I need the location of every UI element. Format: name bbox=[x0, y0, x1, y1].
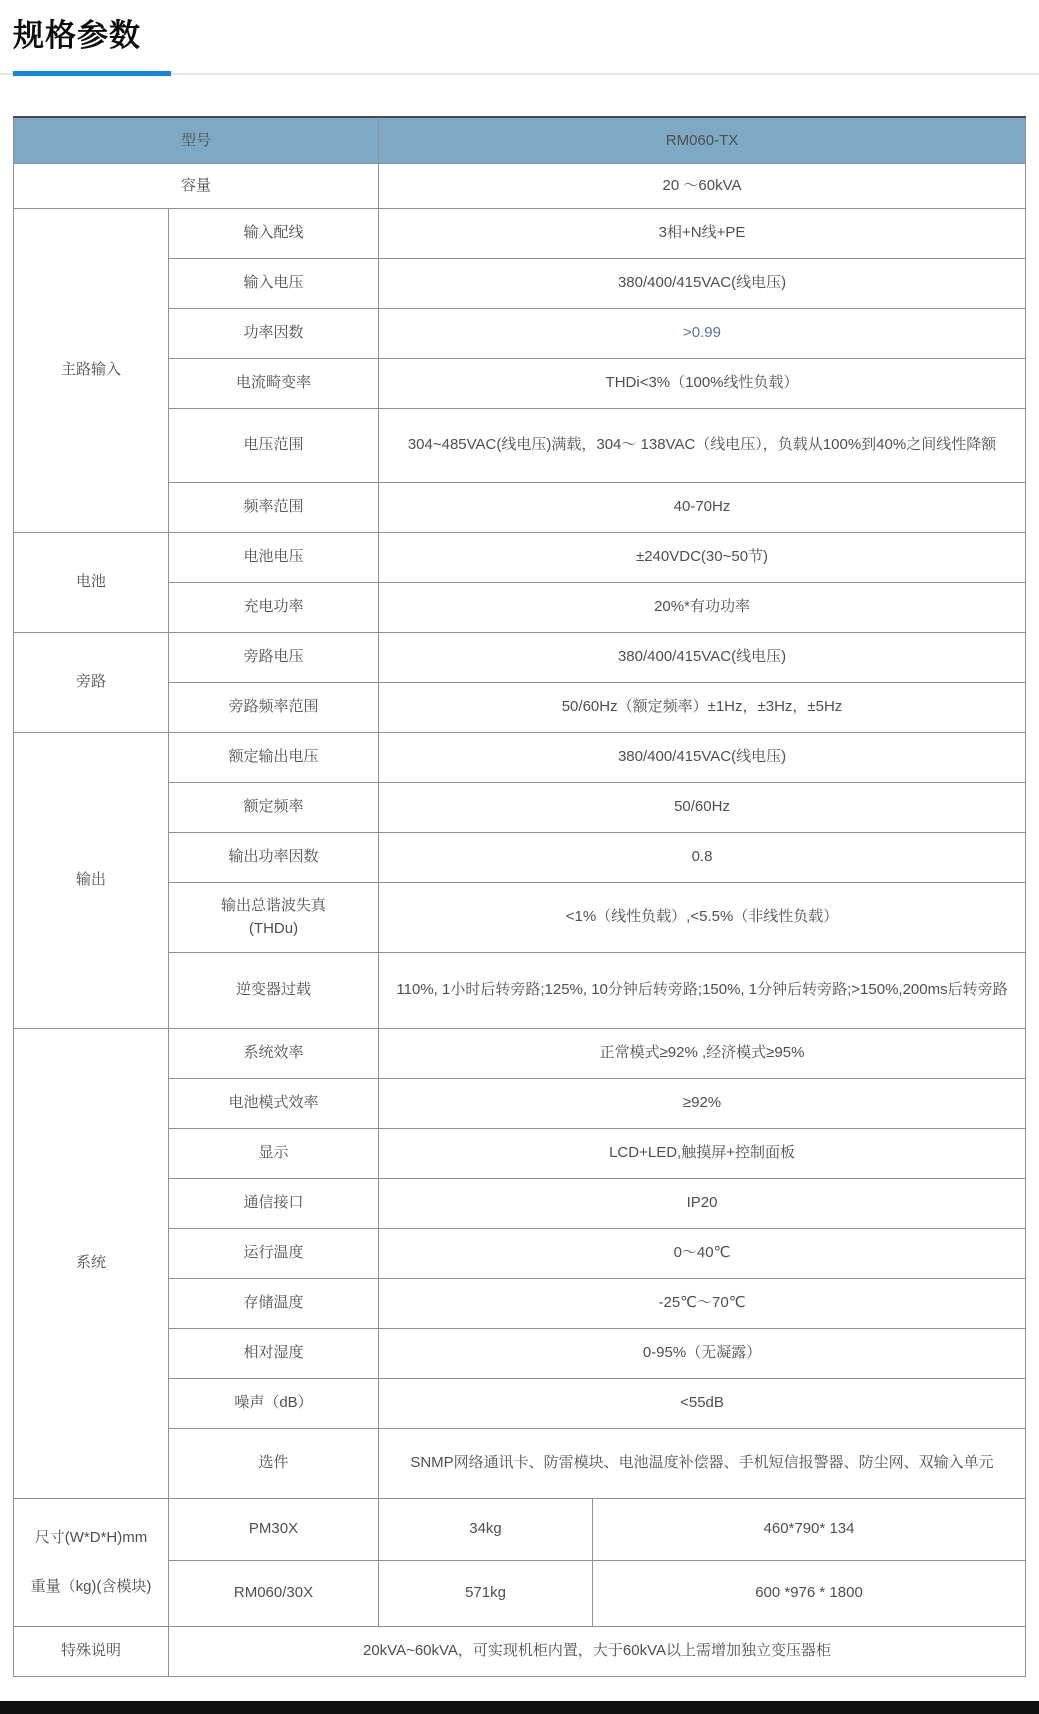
spec-value-cell: <1%（线性负载）,<5.5%（非线性负载） bbox=[379, 882, 1026, 952]
spec-value-cell: 20kVA~60kVA，可实现机柜内置，大于60kVA以上需增加独立变压器柜 bbox=[169, 1626, 1026, 1676]
spec-label-cell: 电流畸变率 bbox=[169, 358, 379, 408]
size-cell: 460*790* 134 bbox=[593, 1498, 1026, 1560]
spec-value-cell: 3相+N线+PE bbox=[379, 208, 1026, 258]
spec-label-cell: 功率因数 bbox=[169, 308, 379, 358]
size-cell: 600 *976 * 1800 bbox=[593, 1560, 1026, 1626]
spec-value-cell: 50/60Hz bbox=[379, 782, 1026, 832]
spec-label-cell: 相对湿度 bbox=[169, 1328, 379, 1378]
header-model-label: 型号 bbox=[14, 117, 379, 163]
table-row: 电池 电池电压 ±240VDC(30~50节) bbox=[14, 532, 1026, 582]
spec-value-cell: 0-95%（无凝露） bbox=[379, 1328, 1026, 1378]
table-row: 旁路 旁路电压 380/400/415VAC(线电压) bbox=[14, 632, 1026, 682]
spec-label-cell: 运行温度 bbox=[169, 1228, 379, 1278]
spec-label-cell: 通信接口 bbox=[169, 1178, 379, 1228]
spec-value-cell: 380/400/415VAC(线电压) bbox=[379, 258, 1026, 308]
spec-value-cell: THDi<3%（100%线性负载） bbox=[379, 358, 1026, 408]
spec-label-cell: 特殊说明 bbox=[14, 1626, 169, 1676]
spec-value-cell: 正常模式≥92% ,经济模式≥95% bbox=[379, 1028, 1026, 1078]
spec-label-cell: 旁路电压 bbox=[169, 632, 379, 682]
spec-value-cell: 380/400/415VAC(线电压) bbox=[379, 632, 1026, 682]
model-cell: RM060/30X bbox=[169, 1560, 379, 1626]
group-label-cell: 尺寸(W*D*H)mm 重量（kg)(含模块) bbox=[14, 1498, 169, 1626]
spec-value-cell: LCD+LED,触摸屏+控制面板 bbox=[379, 1128, 1026, 1178]
spec-label-cell: 输入电压 bbox=[169, 258, 379, 308]
spec-label-cell: 电压范围 bbox=[169, 408, 379, 482]
spec-value-cell: IP20 bbox=[379, 1178, 1026, 1228]
table-row: 特殊说明 20kVA~60kVA，可实现机柜内置，大于60kVA以上需增加独立变… bbox=[14, 1626, 1026, 1676]
group-label-cell: 旁路 bbox=[14, 632, 169, 732]
table-row: 容量 20 〜60kVA bbox=[14, 163, 1026, 208]
spec-value-cell: ±240VDC(30~50节) bbox=[379, 532, 1026, 582]
group-label-cell: 主路输入 bbox=[14, 208, 169, 532]
weight-cell: 571kg bbox=[379, 1560, 593, 1626]
model-cell: PM30X bbox=[169, 1498, 379, 1560]
spec-value-cell: 0.8 bbox=[379, 832, 1026, 882]
table-row: 系统 系统效率 正常模式≥92% ,经济模式≥95% bbox=[14, 1028, 1026, 1078]
dims-label-line2: 重量（kg)(含模块) bbox=[26, 1575, 156, 1598]
spec-label-cell: 显示 bbox=[169, 1128, 379, 1178]
footer-bar bbox=[0, 1701, 1039, 1714]
table-header-row: 型号 RM060-TX bbox=[14, 117, 1026, 163]
group-label-cell: 输出 bbox=[14, 732, 169, 1028]
spec-label-cell: 频率范围 bbox=[169, 482, 379, 532]
spec-value-cell: 304~485VAC(线电压)满载，304〜 138VAC（线电压），负载从10… bbox=[379, 408, 1026, 482]
spec-value-cell: 20 〜60kVA bbox=[379, 163, 1026, 208]
title-underline bbox=[13, 71, 171, 76]
spec-page: 规格参数 型号 RM060-TX 容量 20 〜60kVA 主路输入 输入配线 … bbox=[0, 0, 1039, 1714]
spec-label-cell: 噪声（dB） bbox=[169, 1378, 379, 1428]
spec-label-cell: 输出总谐波失真 (THDu) bbox=[169, 882, 379, 952]
group-label-cell: 电池 bbox=[14, 532, 169, 632]
spec-value-cell: 40-70Hz bbox=[379, 482, 1026, 532]
weight-cell: 34kg bbox=[379, 1498, 593, 1560]
spec-label-cell: 容量 bbox=[14, 163, 379, 208]
spec-label-cell: 输入配线 bbox=[169, 208, 379, 258]
table-row: 尺寸(W*D*H)mm 重量（kg)(含模块) PM30X 34kg 460*7… bbox=[14, 1498, 1026, 1560]
spec-value-cell: 110%, 1小时后转旁路;125%, 10分钟后转旁路;150%, 1分钟后转… bbox=[379, 952, 1026, 1028]
spec-label-cell: 逆变器过载 bbox=[169, 952, 379, 1028]
spec-value-cell: 50/60Hz（额定频率）±1Hz，±3Hz，±5Hz bbox=[379, 682, 1026, 732]
spec-label-cell: 额定输出电压 bbox=[169, 732, 379, 782]
spec-label-cell: 输出功率因数 bbox=[169, 832, 379, 882]
spec-label-cell: 选件 bbox=[169, 1428, 379, 1498]
table-row: 输出 额定输出电压 380/400/415VAC(线电压) bbox=[14, 732, 1026, 782]
spec-label-line2: (THDu) bbox=[181, 917, 366, 940]
spec-label-cell: 电池电压 bbox=[169, 532, 379, 582]
spec-value-cell: SNMP网络通讯卡、防雷模块、电池温度补偿器、手机短信报警器、防尘网、双输入单元 bbox=[379, 1428, 1026, 1498]
spec-label-cell: 充电功率 bbox=[169, 582, 379, 632]
header-model-value: RM060-TX bbox=[379, 117, 1026, 163]
group-label-cell: 系统 bbox=[14, 1028, 169, 1498]
spec-label-cell: 系统效率 bbox=[169, 1028, 379, 1078]
spec-table: 型号 RM060-TX 容量 20 〜60kVA 主路输入 输入配线 3相+N线… bbox=[13, 116, 1026, 1677]
spec-value-cell: ≥92% bbox=[379, 1078, 1026, 1128]
spec-label-cell: 存储温度 bbox=[169, 1278, 379, 1328]
spec-value-cell: >0.99 bbox=[379, 308, 1026, 358]
table-row: 主路输入 输入配线 3相+N线+PE bbox=[14, 208, 1026, 258]
spec-label-cell: 旁路频率范围 bbox=[169, 682, 379, 732]
spec-value-cell: <55dB bbox=[379, 1378, 1026, 1428]
spec-value-cell: 20%*有功功率 bbox=[379, 582, 1026, 632]
title-divider bbox=[0, 71, 1039, 77]
spec-label-cell: 电池模式效率 bbox=[169, 1078, 379, 1128]
spec-label-line1: 输出总谐波失真 bbox=[181, 894, 366, 917]
spec-label-cell: 额定频率 bbox=[169, 782, 379, 832]
spec-value-cell: -25℃～70℃ bbox=[379, 1278, 1026, 1328]
spec-value-cell: 380/400/415VAC(线电压) bbox=[379, 732, 1026, 782]
dims-label-line1: 尺寸(W*D*H)mm bbox=[26, 1526, 156, 1549]
spec-value-cell: 0～40℃ bbox=[379, 1228, 1026, 1278]
page-title: 规格参数 bbox=[13, 10, 1039, 55]
dims-label-gap bbox=[26, 1549, 156, 1575]
